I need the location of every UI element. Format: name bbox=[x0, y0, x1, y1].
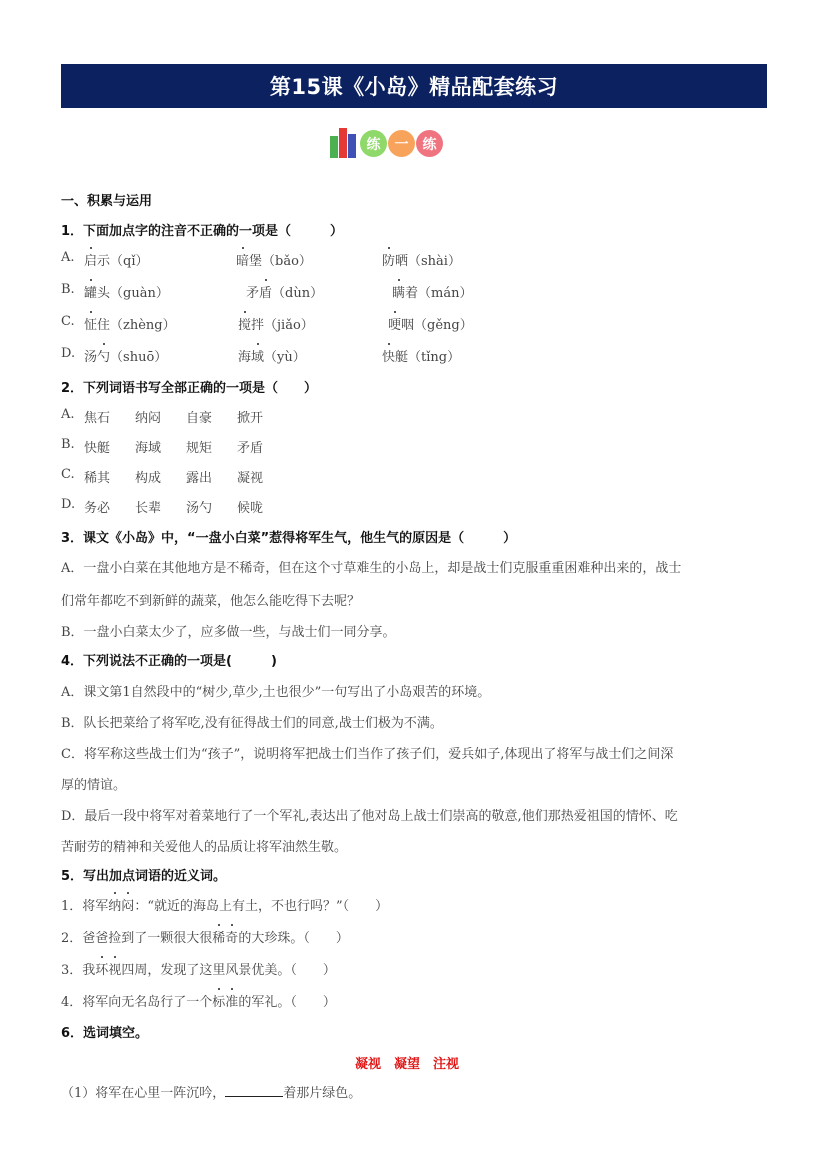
q2-option-label: A. bbox=[61, 407, 75, 422]
q5-item-text-end: 的军礼。（ ） bbox=[238, 995, 336, 1010]
q1-stem: 1．下面加点字的注音不正确的一项是（ ） bbox=[61, 220, 343, 239]
dotted-char: 瞒 bbox=[392, 282, 405, 301]
dotted-char: 暗 bbox=[236, 250, 249, 269]
logo-char-3: 练 bbox=[416, 130, 443, 157]
pencil-icon bbox=[339, 128, 347, 158]
word-rest: 艇（tǐng） bbox=[395, 350, 460, 365]
q2-option-word: 矛盾 bbox=[237, 437, 263, 456]
q2-option-label: C. bbox=[61, 467, 75, 482]
q6-item-1-text: （1）将军在心里一阵沉吟， bbox=[61, 1086, 225, 1101]
q5-item-text: 1．将军 bbox=[61, 899, 108, 914]
practice-logo: 练 一 练 bbox=[328, 122, 448, 162]
dotted-char: 闷 bbox=[121, 895, 134, 914]
q3-option-b: B．一盘小白菜太少了，应多做一些，与战士们一同分享。 bbox=[61, 621, 396, 640]
q5-item-text-end: ：“就近的海岛上有土，不也行吗？”（ ） bbox=[134, 899, 388, 914]
q1-option-label: D. bbox=[61, 346, 75, 361]
dotted-char: 哽 bbox=[388, 314, 401, 333]
q5-item: 1．将军纳闷：“就近的海岛上有土，不也行吗？”（ ） bbox=[61, 895, 388, 914]
q2-option-word: 海域 bbox=[135, 437, 161, 456]
q5-item-text: 3．我 bbox=[61, 963, 95, 978]
dotted-char: 奇 bbox=[225, 927, 238, 946]
dotted-char: 罐 bbox=[84, 282, 97, 301]
q4-option-d: D．最后一段中将军对着菜地行了一个军礼,表达出了他对岛上战士们崇高的敬意,他们那… bbox=[61, 805, 678, 824]
q5-item: 3．我环视四周，发现了这里风景优美。（ ） bbox=[61, 959, 336, 978]
q3-option-a-cont: 们常年都吃不到新鲜的蔬菜，他怎么能吃得下去呢？ bbox=[61, 590, 360, 609]
logo-char-2: 一 bbox=[388, 130, 415, 157]
word-rest: 拌（jiǎo） bbox=[251, 318, 314, 333]
q2-option-word: 汤勺 bbox=[186, 497, 212, 516]
dotted-char: 域 bbox=[251, 346, 264, 365]
q5-stem: 5．写出加点词语的近义词。 bbox=[61, 865, 226, 884]
dotted-char: 启 bbox=[84, 250, 97, 269]
pencil-icon bbox=[348, 134, 356, 158]
q2-option-word: 快艇 bbox=[84, 437, 110, 456]
q2-option-word: 务必 bbox=[84, 497, 110, 516]
q1-option-item: 矛盾（dùn） bbox=[246, 282, 323, 301]
q3-option-a: A．一盘小白菜在其他地方是不稀奇，但在这个寸草难生的小岛上，却是战士们克服重重困… bbox=[61, 557, 681, 576]
q2-option-word: 掀开 bbox=[237, 407, 263, 426]
logo-char-1: 练 bbox=[360, 130, 387, 157]
q1-option-label: A. bbox=[61, 250, 75, 265]
dotted-char: 纳 bbox=[108, 895, 121, 914]
dotted-char: 稀 bbox=[212, 927, 225, 946]
q4-option-c-cont: 厚的情谊。 bbox=[61, 774, 126, 793]
q5-item-text-end: 四周，发现了这里风景优美。（ ） bbox=[121, 963, 336, 978]
dotted-char: 环 bbox=[95, 959, 108, 978]
q1-option-label: C. bbox=[61, 314, 75, 329]
q1-option-item: 怔住（zhèng） bbox=[84, 314, 176, 333]
page-title: 第15课《小岛》精品配套练习 bbox=[270, 71, 558, 101]
q5-item-text-end: 的大珍珠。（ ） bbox=[238, 931, 349, 946]
q6-item-1-text-end: 着那片绿色。 bbox=[283, 1086, 361, 1101]
q1-option-item: 防晒（shài） bbox=[382, 250, 461, 269]
dotted-char: 勺 bbox=[97, 346, 110, 365]
q1-option-item: 暗堡（bǎo） bbox=[236, 250, 312, 269]
q3-stem: 3．课文《小岛》中，“一盘小白菜”惹得将军生气，他生气的原因是（ ） bbox=[61, 527, 516, 546]
q4-option-a: A．课文第1自然段中的“树少,草少,土也很少”一句写出了小岛艰苦的环境。 bbox=[61, 681, 490, 700]
dotted-char: 矛 bbox=[246, 286, 259, 301]
q2-option-word: 长辈 bbox=[135, 497, 161, 516]
q5-item-text: 4．将军向无名岛行了一个 bbox=[61, 995, 212, 1010]
q2-option-word: 规矩 bbox=[186, 437, 212, 456]
q2-option-word: 自豪 bbox=[186, 407, 212, 426]
word-rest: 晒（shài） bbox=[395, 254, 461, 269]
q2-option-word: 纳闷 bbox=[135, 407, 161, 426]
dotted-char: 汤 bbox=[84, 350, 97, 365]
dotted-char: 怔 bbox=[84, 314, 97, 333]
q2-option-label: D. bbox=[61, 497, 75, 512]
q6-item-1: （1）将军在心里一阵沉吟，着那片绿色。 bbox=[61, 1082, 361, 1101]
q6-stem: 6．选词填空。 bbox=[61, 1022, 148, 1041]
q2-stem: 2．下列词语书写全部正确的一项是（ ） bbox=[61, 377, 317, 396]
word-rest: 头（guàn） bbox=[97, 286, 169, 301]
q2-option-word: 构成 bbox=[135, 467, 161, 486]
q1-option-item: 启示（qǐ） bbox=[84, 250, 149, 269]
pinyin: （dùn） bbox=[272, 286, 323, 301]
dotted-char: 防 bbox=[382, 250, 395, 269]
q1-option-item: 哽咽（gěng） bbox=[388, 314, 473, 333]
dotted-char: 准 bbox=[225, 991, 238, 1010]
q5-item: 2．爸爸捡到了一颗很大很稀奇的大珍珠。（ ） bbox=[61, 927, 349, 946]
q1-option-item: 搅拌（jiǎo） bbox=[238, 314, 314, 333]
q1-option-item: 汤勺（shuō） bbox=[84, 346, 167, 365]
q1-option-item: 快艇（tǐng） bbox=[382, 346, 460, 365]
q4-option-d-cont: 苦耐劳的精神和关爱他人的品质让将军油然生敬。 bbox=[61, 836, 347, 855]
q1-option-label: B. bbox=[61, 282, 75, 297]
q2-option-word: 候咙 bbox=[237, 497, 263, 516]
word-rest: 着（mán） bbox=[405, 286, 472, 301]
q2-option-word: 凝视 bbox=[237, 467, 263, 486]
q2-option-word: 焦石 bbox=[84, 407, 110, 426]
pinyin: （shuō） bbox=[110, 350, 167, 365]
dotted-char: 海 bbox=[238, 350, 251, 365]
word-rest: 示（qǐ） bbox=[97, 254, 148, 269]
word-rest: 住（zhèng） bbox=[97, 318, 176, 333]
q6-word-choices: 凝视 凝望 注视 bbox=[355, 1053, 459, 1072]
q1-option-item: 瞒着（mán） bbox=[392, 282, 472, 301]
word-rest: 盾 bbox=[259, 282, 272, 301]
pinyin: （yù） bbox=[264, 350, 306, 365]
q1-option-item: 罐头（guàn） bbox=[84, 282, 169, 301]
q4-option-b: B．队长把菜给了将军吃,没有征得战士们的同意,战士们极为不满。 bbox=[61, 712, 443, 731]
dotted-char: 快 bbox=[382, 346, 395, 365]
word-rest: 咽（gěng） bbox=[401, 318, 473, 333]
q4-option-c: C．将军称这些战士们为“孩子”，说明将军把战士们当作了孩子们，爱兵如子,体现出了… bbox=[61, 743, 673, 762]
q4-stem: 4．下列说法不正确的一项是( ) bbox=[61, 650, 277, 669]
dotted-char: 视 bbox=[108, 959, 121, 978]
dotted-char: 标 bbox=[212, 991, 225, 1010]
page-title-banner: 第15课《小岛》精品配套练习 bbox=[61, 64, 767, 108]
section-heading: 一、积累与运用 bbox=[61, 190, 152, 209]
q5-item-text: 2．爸爸捡到了一颗很大很 bbox=[61, 931, 212, 946]
q5-item: 4．将军向无名岛行了一个标准的军礼。（ ） bbox=[61, 991, 336, 1010]
word-rest: 堡（bǎo） bbox=[249, 254, 312, 269]
fill-blank[interactable] bbox=[225, 1084, 283, 1097]
q2-option-label: B. bbox=[61, 437, 75, 452]
q2-option-word: 稀其 bbox=[84, 467, 110, 486]
q1-option-item: 海域（yù） bbox=[238, 346, 306, 365]
dotted-char: 搅 bbox=[238, 314, 251, 333]
pencil-icon bbox=[330, 136, 338, 158]
q2-option-word: 露出 bbox=[186, 467, 212, 486]
